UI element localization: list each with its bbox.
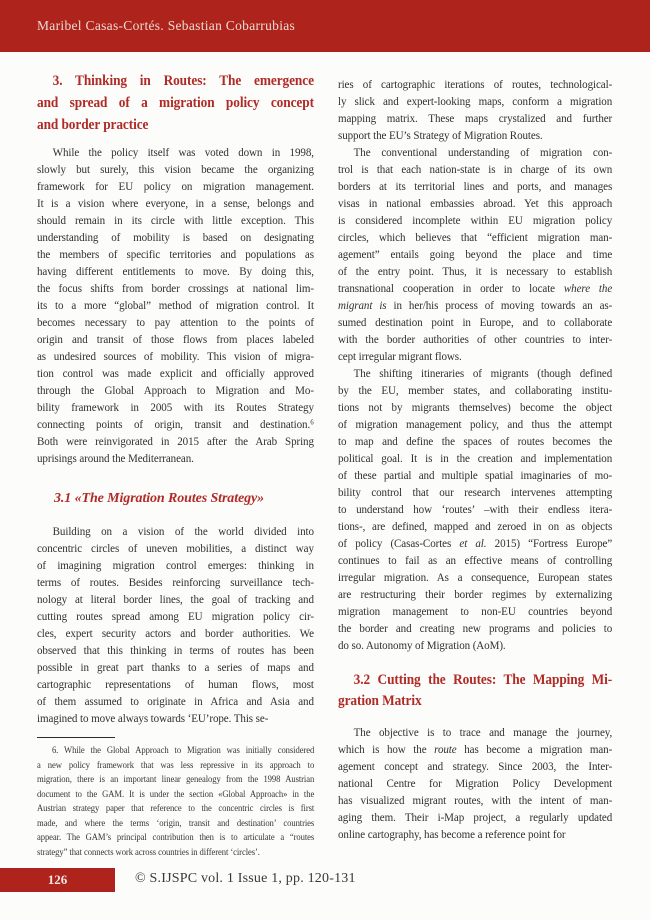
text-line: concentric circles of uneven mobilities,… — [37, 540, 314, 557]
text-line: possible in great part thanks to a serie… — [37, 659, 314, 676]
text-line: the focus shifts from border crossings a… — [37, 280, 314, 297]
text-line: nology at literal border lines, the goal… — [37, 591, 314, 608]
text-line: ly slick and expert-looking maps, confor… — [338, 93, 612, 110]
footnote: 6. While the Global Approach to Migratio… — [37, 737, 314, 860]
text-line: Both were reinvigorated in 2015 after th… — [37, 433, 314, 450]
text-line: imagined to move always towards ‘EU’rope… — [37, 710, 314, 727]
text-line: online cartography, has become a referen… — [338, 826, 612, 843]
text-line: migration, there is an important linear … — [37, 773, 314, 788]
paragraph: While the policy itself was voted down i… — [37, 144, 314, 467]
text-line: made, and where the terms ‘origin, trans… — [37, 817, 314, 832]
text-line: should remain in its circle with little … — [37, 212, 314, 229]
text-line: tions-, are defined, mapped and zeroed i… — [338, 518, 612, 535]
text-line: as undesired sources of mobility. This v… — [37, 348, 314, 365]
text-line: understanding of mobility is based on de… — [37, 229, 314, 246]
authors-text: Maribel Casas-Cortés. Sebastian Cobarrub… — [37, 18, 295, 34]
text-line: do so. Autonomy of Migration (AoM). — [338, 637, 612, 654]
text-line: aging them. Their i-Map project, a regul… — [338, 809, 612, 826]
text-line: tions not by migrants themselves) become… — [338, 399, 612, 416]
text-line: of migration management policy, and thus… — [338, 416, 612, 433]
text-line: has visualized migrant routes, with the … — [338, 792, 612, 809]
text-line: observed that this thinking in terms of … — [37, 642, 314, 659]
text-line: having different entitlements to move. B… — [37, 263, 314, 280]
text-line: which is how the route has become a migr… — [338, 741, 612, 758]
text-line: the members of specific territories and … — [37, 246, 314, 263]
right-column: ries of cartographic iterations of route… — [338, 76, 612, 843]
text-line: The conventional understanding of migrat… — [338, 144, 612, 161]
left-column: 3. Thinking in Routes: The emergenceand … — [37, 70, 314, 860]
text-line: migrant is in her/his process of moving … — [338, 297, 612, 314]
footnote-rule — [37, 737, 115, 738]
text-line: The shifting itineraries of migrants (th… — [338, 365, 612, 382]
page-number-box: 126 — [0, 868, 115, 892]
text-line: national Centre for Migration Policy Dev… — [338, 775, 612, 792]
text-line: While the policy itself was voted down i… — [37, 144, 314, 161]
text-line: strategy” that connects work across coun… — [37, 846, 314, 861]
paragraph: The shifting itineraries of migrants (th… — [338, 365, 612, 654]
text-line: appear. The GAM’s principal contribution… — [37, 831, 314, 846]
text-line: Austrian strategy paper that reference t… — [37, 802, 314, 817]
text-line: is considered incomplete within EU migra… — [338, 212, 612, 229]
text-line: It is a vision where everyone, in a sens… — [37, 195, 314, 212]
text-line: are restructuring their border regimes b… — [338, 586, 612, 603]
text-line: visas in national embassies abroad. Yet … — [338, 195, 612, 212]
text-line: bility control that our research interve… — [338, 484, 612, 501]
text-line: of policy (Casas-Cortes et al. 2015) “Fo… — [338, 535, 612, 552]
text-line: cles, expert security actors and border … — [37, 625, 314, 642]
text-line: agement” entails going beyond the place … — [338, 246, 612, 263]
text-line: of the entry point. Thus, it is necessar… — [338, 263, 612, 280]
text-line: and border practice — [37, 114, 314, 136]
text-line: a new policy framework that was less rep… — [37, 759, 314, 774]
text-line: 3.2 Cutting the Routes: The Mapping Mi- — [338, 670, 612, 691]
text-line: cutting routes spread among EU migration… — [37, 608, 314, 625]
text-line: document to the GAM. It is under the sec… — [37, 788, 314, 803]
text-line: agement concept and strategy. Since 2003… — [338, 758, 612, 775]
paragraph: The objective is to trace and manage the… — [338, 724, 612, 843]
text-line: trol is that each nation-state is in cha… — [338, 161, 612, 178]
text-line: political goal. It is in the creation an… — [338, 450, 612, 467]
text-line: origin and transit of those flows from p… — [37, 331, 314, 348]
text-line: cept irregular migrant flows. — [338, 348, 612, 365]
text-line: cartographic representations of human fl… — [37, 676, 314, 693]
text-line: uprisings around the Mediterranean. — [37, 450, 314, 467]
paragraph: Building on a vision of the world divide… — [37, 523, 314, 727]
text-line: of these partial and multiple spatial im… — [338, 467, 612, 484]
journal-citation: © S.IJSPC vol. 1 Issue 1, pp. 120-131 — [135, 871, 356, 887]
journal-page: { "colors": { "accent_bar": "#ae231c", "… — [0, 0, 650, 920]
text-line: the border and creating new programs and… — [338, 620, 612, 637]
text-line: to understand how ‘routes’ –with their e… — [338, 501, 612, 518]
footnote-text: 6. While the Global Approach to Migratio… — [37, 744, 314, 860]
text-line: by the EU, member states, and collaborat… — [338, 382, 612, 399]
text-line: Building on a vision of the world divide… — [37, 523, 314, 540]
text-line: borders at its territorial lines and por… — [338, 178, 612, 195]
text-line: sumed destination point in Europe, and t… — [338, 314, 612, 331]
text-line: and spread of a migration policy concept — [37, 92, 314, 114]
text-line: migration management to non-EU countries… — [338, 603, 612, 620]
text-line: bility framework in 2005 with its Routes… — [37, 399, 314, 416]
paragraph: ries of cartographic iterations of route… — [338, 76, 612, 144]
text-line: gration Matrix — [338, 691, 612, 712]
text-line: continues to fail as an effective means … — [338, 552, 612, 569]
text-line: of them assumed to originate in Africa a… — [37, 693, 314, 710]
text-line: ries of cartographic iterations of route… — [338, 76, 612, 93]
subsection-heading-3-1: 3.1 «The Migration Routes Strategy» — [37, 489, 314, 509]
text-line: 6. While the Global Approach to Migratio… — [37, 744, 314, 759]
text-line: support the EU’s Strategy of Migration R… — [338, 127, 612, 144]
subsection-heading-3-2: 3.2 Cutting the Routes: The Mapping Mi-g… — [338, 670, 612, 712]
text-line: connecting points of origin, transit and… — [37, 416, 314, 433]
text-line: slowly but surely, this vision became th… — [37, 161, 314, 178]
text-line: framework for EU policy on migration man… — [37, 178, 314, 195]
text-line: irregular migration. As a consequence, E… — [338, 569, 612, 586]
text-line: The objective is to trace and manage the… — [338, 724, 612, 741]
text-line: of imagining migration control emerges: … — [37, 557, 314, 574]
text-line: becomes necessary to pay attention to th… — [37, 314, 314, 331]
text-line: with the border authorities of other cou… — [338, 331, 612, 348]
text-line: to map and define the spaces of routes b… — [338, 433, 612, 450]
section-heading-3: 3. Thinking in Routes: The emergenceand … — [37, 70, 314, 136]
text-line: terms of routes. Besides reinforcing sur… — [37, 574, 314, 591]
paragraph: The conventional understanding of migrat… — [338, 144, 612, 365]
text-line: transnational cooperation in order to lo… — [338, 280, 612, 297]
text-line: 3. Thinking in Routes: The emergence — [37, 70, 314, 92]
text-line: mapping matrix. These maps crystalized a… — [338, 110, 612, 127]
page-number: 126 — [48, 872, 68, 888]
text-line: its to a more “global” method of migrati… — [37, 297, 314, 314]
text-line: through the Global Approach to Migration… — [37, 382, 314, 399]
text-line: tion control was made explicit and offic… — [37, 365, 314, 382]
text-line: circles, which believes that “efficient … — [338, 229, 612, 246]
